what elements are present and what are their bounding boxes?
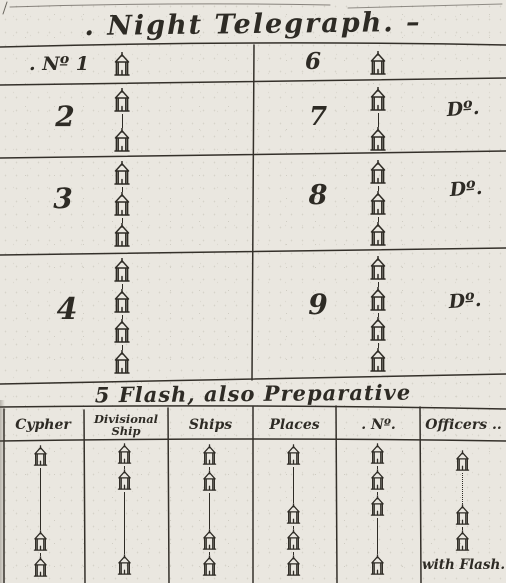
lantern-icon [111, 223, 133, 249]
lantern-icon [111, 128, 133, 154]
officers-flash-note: with Flash. [421, 557, 506, 573]
signal-number-2: 2 [30, 100, 100, 133]
lantern-icon [367, 222, 389, 248]
column-header-label: Ships [189, 418, 232, 433]
lantern-icon [115, 469, 134, 492]
lantern-icon [200, 529, 219, 552]
connector-line [293, 467, 294, 503]
lantern-icon [367, 348, 389, 374]
lantern-icon [111, 289, 133, 315]
lantern-icon [367, 317, 389, 343]
column-header-places: Places [253, 410, 336, 440]
lantern-icon [111, 52, 133, 78]
lantern-icon [367, 287, 389, 313]
signal-number-7: 7 [283, 102, 353, 132]
lantern-icon [284, 503, 303, 526]
ditto-mark-8: Dº. [425, 175, 506, 203]
lantern-icon [111, 350, 133, 376]
lantern-icon [367, 127, 389, 153]
lantern-chain-4 [111, 258, 133, 376]
lantern-icon [367, 87, 389, 113]
lantern-icon [367, 256, 389, 282]
column-header-officers: Officers .. [421, 410, 506, 440]
scanned-document-page: { "title": ". Night Telegraph. –", "main… [0, 0, 506, 583]
signal-number-4: 4 [32, 292, 102, 327]
lantern-icon [453, 450, 472, 473]
lantern-icon [368, 469, 387, 492]
column-header-cypher: Cypher [2, 410, 84, 440]
flash-chain-officers [453, 450, 472, 553]
connector-line [378, 113, 379, 127]
lantern-icon [200, 470, 219, 493]
lantern-chain-2 [111, 88, 133, 154]
lantern-icon [111, 88, 133, 114]
lantern-icon [453, 530, 472, 553]
column-header-label: Officers .. [425, 418, 501, 433]
lantern-chain-8 [367, 160, 389, 248]
lantern-icon [284, 444, 303, 467]
flash-chain-ships [200, 444, 219, 578]
lantern-chain-6 [367, 51, 389, 78]
lantern-icon [368, 554, 387, 577]
column-header-no: . Nº. [336, 410, 421, 440]
flash-band-title: 5 Flash, also Preparative [0, 379, 506, 408]
signal-number-6: 6 [278, 48, 348, 75]
signal-number-3: 3 [28, 182, 98, 215]
lantern-icon [31, 445, 50, 468]
lantern-chain-1 [111, 52, 133, 79]
ditto-mark-7: Dº. [422, 95, 503, 123]
lantern-chain-7 [367, 87, 389, 153]
flash-chain-no [368, 443, 387, 577]
lantern-icon [453, 504, 472, 527]
lantern-icon [111, 319, 133, 345]
lantern-icon [31, 556, 50, 579]
connector-line [377, 518, 378, 554]
lantern-icon [368, 495, 387, 518]
lantern-icon [367, 191, 389, 217]
lantern-icon [115, 554, 134, 577]
column-header-label-line2: Ship [111, 425, 140, 437]
column-header-divisional-ship: Divisional Ship [84, 410, 168, 440]
connector-line [209, 493, 210, 529]
column-header-label: Places [269, 418, 319, 433]
connector-line [122, 114, 123, 128]
lantern-chain-9 [367, 256, 389, 374]
signal-number-9: 9 [283, 288, 353, 321]
flash-chain-divisional-ship [115, 443, 134, 577]
lantern-icon [111, 161, 133, 187]
ditto-mark-9: Dº. [424, 287, 505, 315]
lantern-icon [200, 555, 219, 578]
connector-line [462, 473, 463, 504]
signal-number-1: . Nº 1 [24, 53, 94, 75]
lantern-icon [368, 443, 387, 466]
signal-number-8: 8 [283, 180, 353, 211]
lantern-icon [111, 192, 133, 218]
lantern-icon [367, 160, 389, 186]
connector-line [124, 492, 125, 554]
lantern-icon [111, 258, 133, 284]
lantern-icon [115, 443, 134, 466]
lantern-icon [284, 555, 303, 578]
lantern-icon [367, 51, 389, 77]
lantern-icon [200, 444, 219, 467]
connector-line [40, 468, 41, 530]
flash-chain-places [284, 444, 303, 578]
lantern-icon [31, 530, 50, 553]
column-header-ships: Ships [168, 410, 253, 440]
lantern-icon [284, 529, 303, 552]
column-header-label: Cypher [15, 418, 71, 433]
column-header-label: . Nº. [361, 418, 395, 433]
lantern-chain-3 [111, 161, 133, 249]
page-title: . Night Telegraph. – [0, 6, 506, 43]
flash-chain-cypher [31, 445, 50, 579]
